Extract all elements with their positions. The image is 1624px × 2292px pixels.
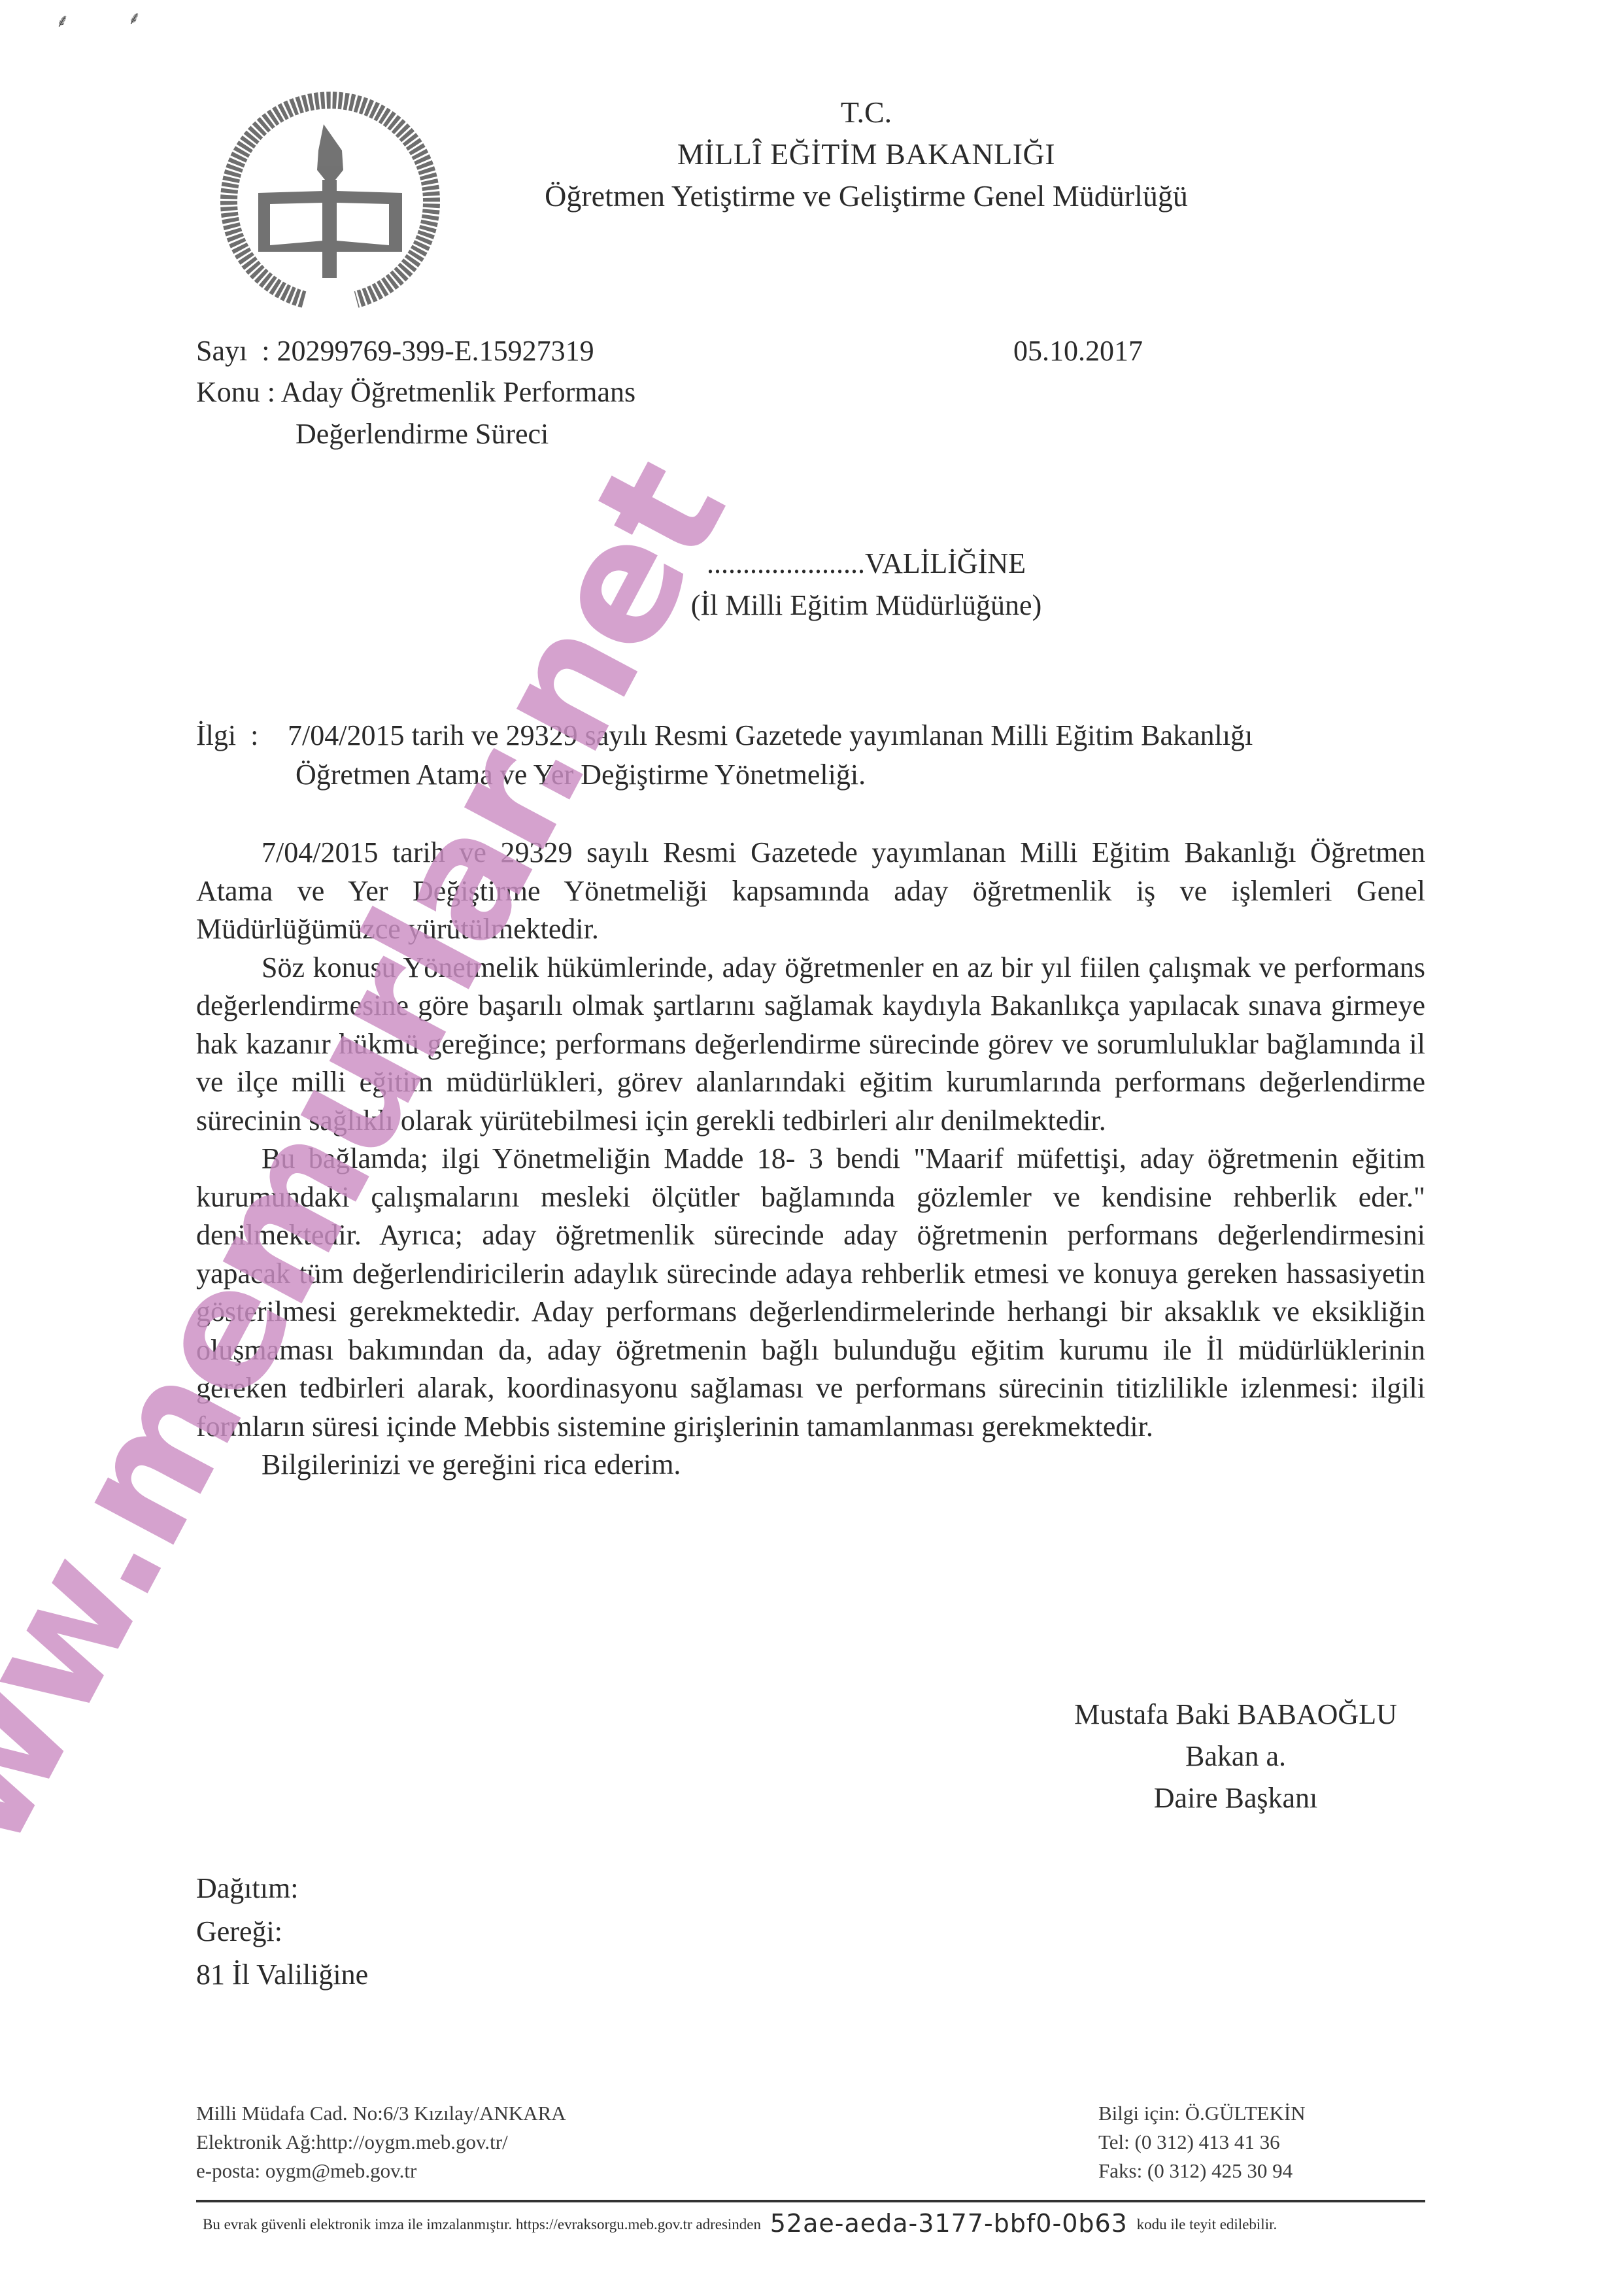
- addressee-line1: ......................VALİLİĞİNE: [392, 543, 1340, 585]
- addressee: ......................VALİLİĞİNE (İl Mil…: [392, 543, 1340, 626]
- scan-artifact: ⸙: [56, 8, 69, 33]
- document-date: 05.10.2017: [1013, 330, 1143, 372]
- distribution-block: Dağıtım: Gereği: 81 İl Valiliğine: [196, 1867, 368, 1996]
- sayi-label: Sayı: [196, 335, 247, 367]
- body-paragraph: Bu bağlamda; ilgi Yönetmeliğin Madde 18-…: [196, 1140, 1425, 1446]
- closing-line: Bilgilerinizi ve gereğini rica ederim.: [196, 1446, 1425, 1484]
- scan-artifact: ⸙: [127, 5, 141, 30]
- signatory-title2: Daire Başkanı: [1046, 1777, 1425, 1819]
- body-paragraph: 7/04/2015 tarih ve 29329 sayılı Resmi Ga…: [196, 834, 1425, 949]
- letterhead: T.C. MİLLÎ EĞİTİM BAKANLIĞI Öğretmen Yet…: [392, 92, 1340, 217]
- ilgi-line1: 7/04/2015 tarih ve 29329 sayılı Resmi Ga…: [288, 716, 1425, 755]
- footer-address: Milli Müdafa Cad. No:6/3 Kızılay/ANKARA …: [196, 2099, 566, 2185]
- ilgi-label: İlgi :: [196, 716, 288, 755]
- distribution-label: Dağıtım:: [196, 1867, 368, 1910]
- distribution-recipient: 81 İl Valiliğine: [196, 1953, 368, 1996]
- addressee-line2: (İl Milli Eğitim Müdürlüğüne): [392, 585, 1340, 626]
- verify-prefix: Bu evrak güvenli elektronik imza ile imz…: [203, 2216, 761, 2232]
- verify-suffix: kodu ile teyit edilebilir.: [1137, 2216, 1277, 2232]
- letter-body: 7/04/2015 tarih ve 29329 sayılı Resmi Ga…: [196, 834, 1425, 1484]
- footer-street: Milli Müdafa Cad. No:6/3 Kızılay/ANKARA: [196, 2099, 566, 2128]
- footer-contact-person: Bilgi için: Ö.GÜLTEKİN: [1098, 2099, 1306, 2128]
- footer-fax: Faks: (0 312) 425 30 94: [1098, 2157, 1306, 2185]
- signatory-name: Mustafa Baki BABAOĞLU: [1046, 1694, 1425, 1736]
- ilgi-line2: Öğretmen Atama ve Yer Değiştirme Yönetme…: [196, 755, 1425, 795]
- konu-line1: Aday Öğretmenlik Performans: [281, 376, 636, 408]
- reference: İlgi : 7/04/2015 tarih ve 29329 sayılı R…: [196, 716, 1425, 795]
- ministry-name: MİLLÎ EĞİTİM BAKANLIĞI: [392, 133, 1340, 175]
- footer-divider: [196, 2200, 1425, 2202]
- footer-email-link[interactable]: e-posta: oygm@meb.gov.tr: [196, 2157, 566, 2185]
- subject: Konu : Aday Öğretmenlik Performans: [196, 371, 635, 413]
- country-label: T.C.: [392, 92, 1340, 133]
- footer-tel: Tel: (0 312) 413 41 36: [1098, 2128, 1306, 2157]
- verify-code: 52ae-aeda-3177-bbf0-0b63: [770, 2209, 1128, 2238]
- department-name: Öğretmen Yetiştirme ve Geliştirme Genel …: [392, 175, 1340, 217]
- footer-web-link[interactable]: Elektronik Ağ:http://oygm.meb.gov.tr/: [196, 2128, 566, 2157]
- signature-block: Mustafa Baki BABAOĞLU Bakan a. Daire Baş…: [1046, 1694, 1425, 1819]
- body-paragraph: Söz konusu Yönetmelik hükümlerinde, aday…: [196, 949, 1425, 1140]
- signatory-title1: Bakan a.: [1046, 1736, 1425, 1777]
- footer-contact: Bilgi için: Ö.GÜLTEKİN Tel: (0 312) 413 …: [1098, 2099, 1306, 2185]
- document-number: Sayı : 20299769-399-E.15927319: [196, 330, 594, 372]
- sayi-value: 20299769-399-E.15927319: [277, 335, 594, 367]
- e-signature-verification: Bu evrak güvenli elektronik imza ile imz…: [203, 2209, 1432, 2238]
- konu-label: Konu: [196, 376, 260, 408]
- konu-line2: Değerlendirme Süreci: [296, 413, 549, 455]
- gereği-label: Gereği:: [196, 1910, 368, 1953]
